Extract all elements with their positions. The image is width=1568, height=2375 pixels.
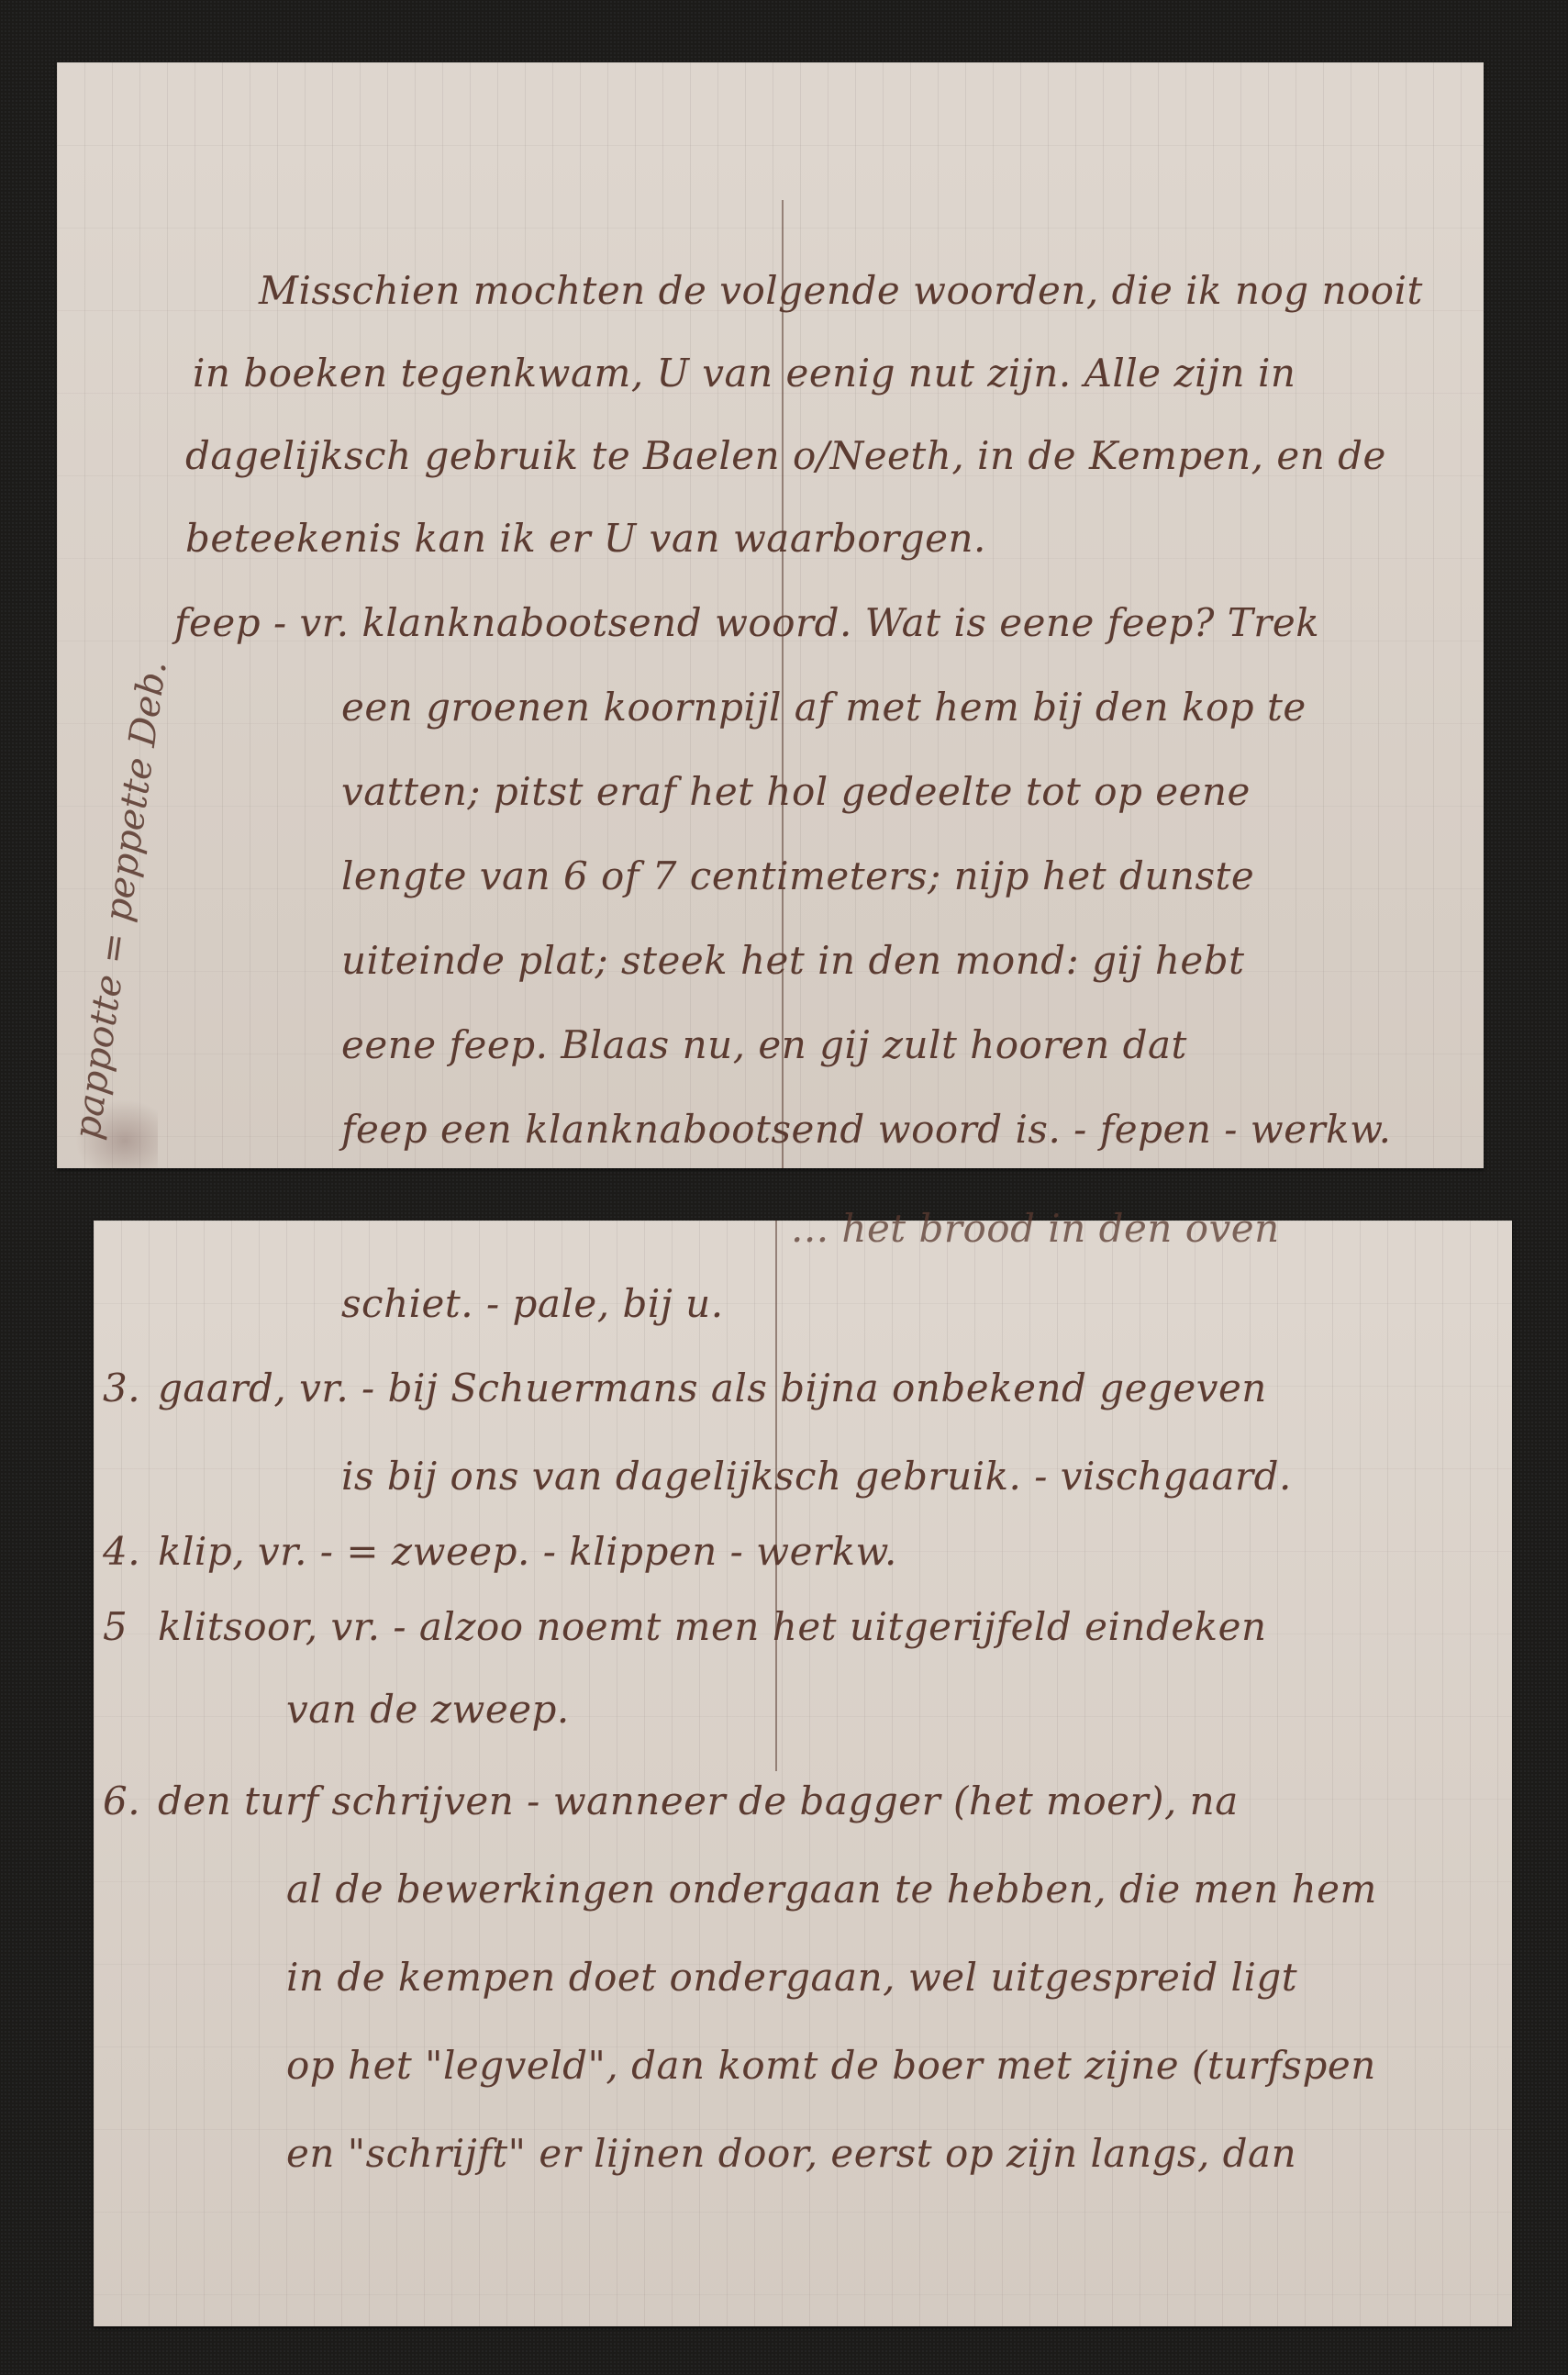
text-line: schiet. - pale, bij u.	[286, 1285, 724, 1323]
entry-klip: 4.klip, vr. - = zweep. - klippen - werkw…	[103, 1533, 897, 1571]
text-line: feep een klanknabootsend woord is. - fep…	[341, 1110, 1391, 1149]
entry-number: 4.	[103, 1533, 158, 1571]
margin-note: pappotte = peppette Deb.	[66, 658, 175, 1143]
text-line: vatten; pitst eraf het hol gedeelte tot …	[341, 773, 1251, 811]
entry-number: 6.	[103, 1782, 158, 1821]
text-line: al de bewerkingen ondergaan te hebben, d…	[231, 1870, 1377, 1909]
text-line: een groenen koornpijl af met hem bij den…	[341, 688, 1307, 727]
entry-gaard: 3.gaard, vr. - bij Schuermans als bijna …	[103, 1369, 1267, 1408]
text-line: beteekenis kan ik er U van waarborgen.	[185, 519, 986, 558]
text-line: is bij ons van dagelijksch gebruik. - vi…	[286, 1457, 1292, 1496]
cut-off-line: ... het brood in den oven	[791, 1210, 1280, 1248]
manuscript-sheet-2: ... het brood in den oven schiet. - pale…	[94, 1221, 1512, 2326]
text-line: uiteinde plat; steek het in den mond: gi…	[341, 942, 1245, 980]
entry-klitsoor: 5klitsoor, vr. - alzoo noemt men het uit…	[103, 1608, 1267, 1646]
entry-number: 3.	[103, 1369, 158, 1408]
entry-number: 5	[103, 1608, 158, 1646]
text-line: eene feep. Blaas nu, en gij zult hooren …	[341, 1026, 1187, 1065]
text-line: en "schrijft" er lijnen door, eerst op z…	[231, 2135, 1296, 2173]
text-line: in de kempen doet ondergaan, wel uitgesp…	[231, 1958, 1297, 1997]
manuscript-sheet-1: pappotte = peppette Deb. Misschien mocht…	[57, 62, 1484, 1168]
text-line: dagelijksch gebruik te Baelen o/Neeth, i…	[185, 437, 1386, 475]
entry-feep: feep - vr. klanknabootsend woord. Wat is…	[174, 604, 1319, 642]
text-line: van de zweep.	[231, 1690, 570, 1729]
text-line: lengte van 6 of 7 centimeters; nijp het …	[341, 857, 1254, 896]
text-line: op het "legveld", dan komt de boer met z…	[231, 2046, 1376, 2085]
entry-turf-schrijven: 6.den turf schrijven - wanneer de bagger…	[103, 1782, 1239, 1821]
text-line: in boeken tegenkwam, U van eenig nut zij…	[193, 354, 1296, 393]
text-line: Misschien mochten de volgende woorden, d…	[259, 272, 1423, 310]
